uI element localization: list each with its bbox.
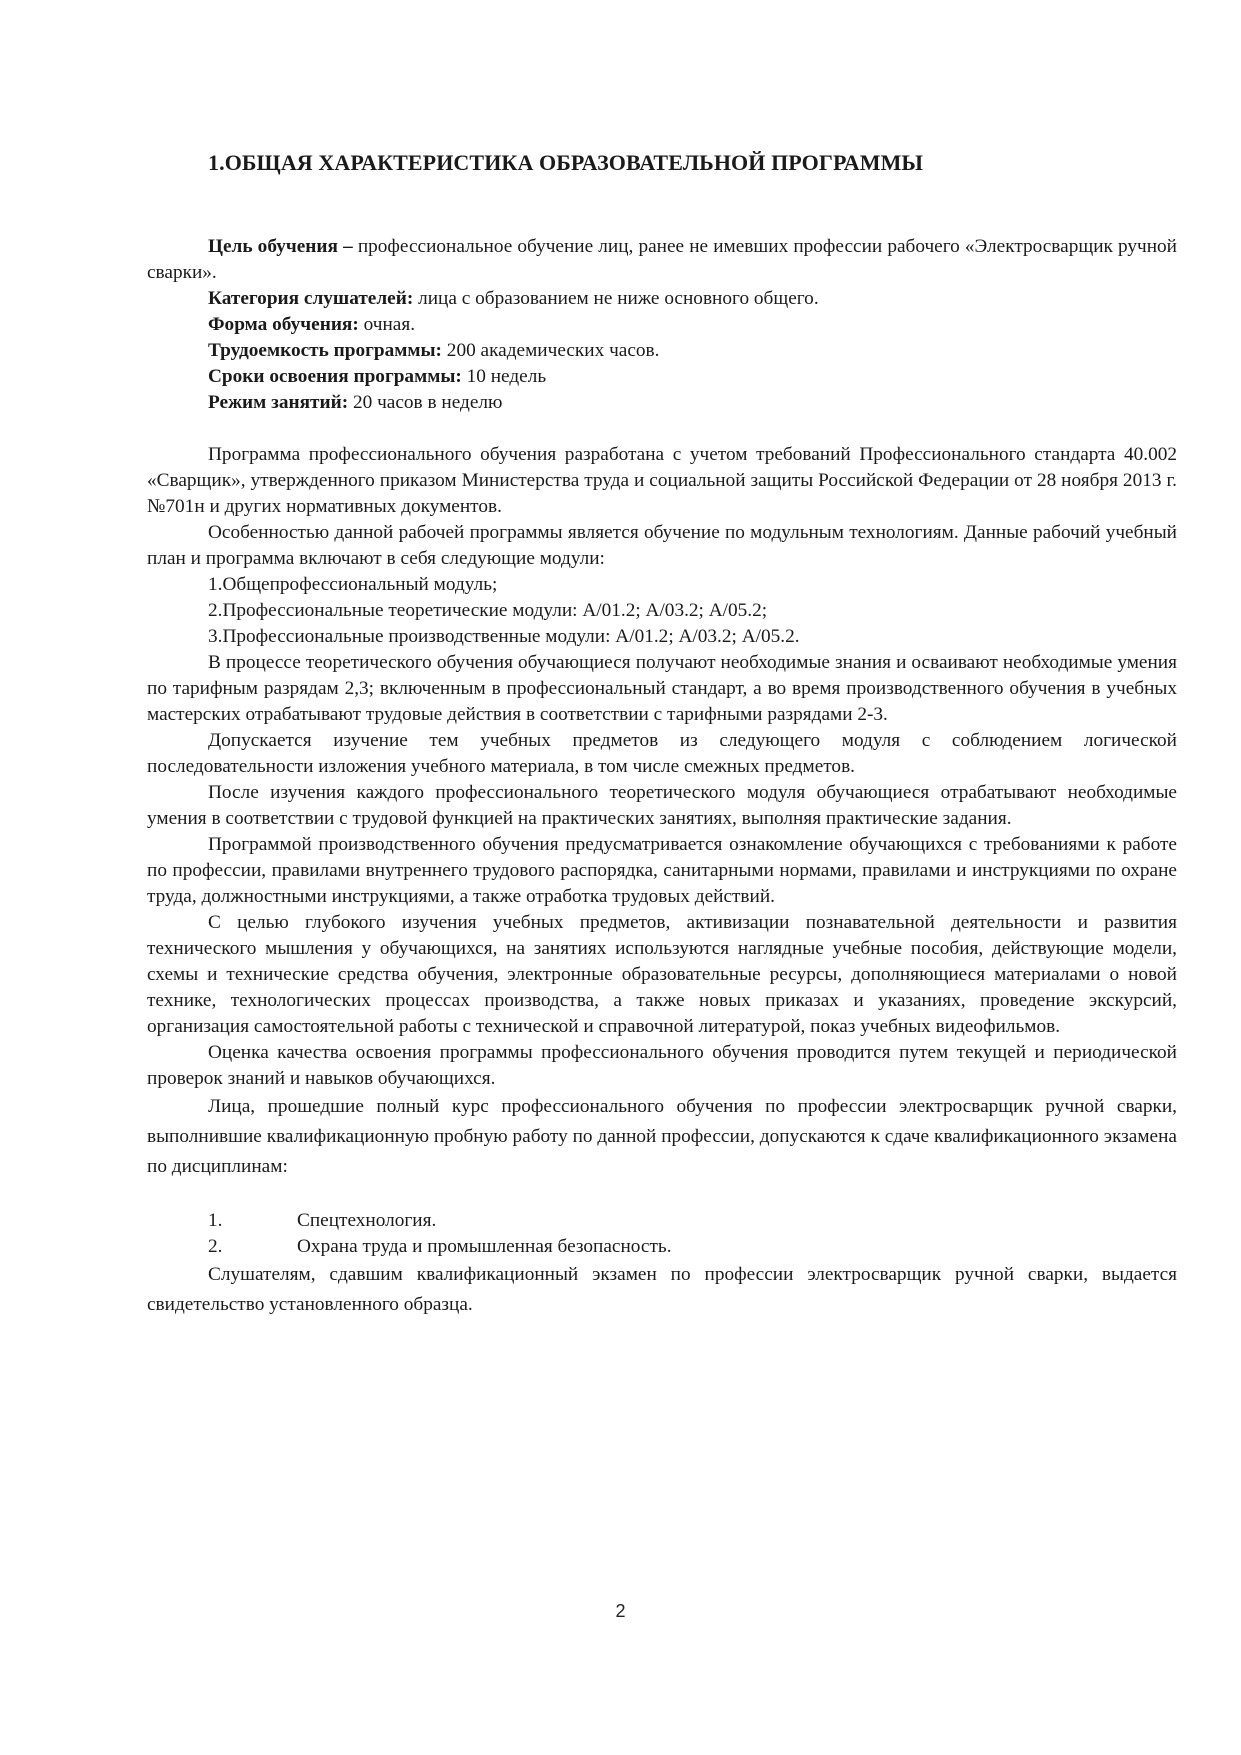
- meta-duration: Сроки освоения программы: 10 недель: [147, 364, 1177, 390]
- exam-subject-item: 2. Охрана труда и промышленная безопасно…: [208, 1234, 1177, 1260]
- paragraph-modules-intro: Особенностью данной рабочей программы яв…: [147, 520, 1177, 572]
- list-number: 1.: [208, 1208, 297, 1234]
- document-page: 1.ОБЩАЯ ХАРАКТЕРИСТИКА ОБРАЗОВАТЕЛЬНОЙ П…: [0, 0, 1241, 1755]
- paragraph-methods: С целью глубокого изучения учебных предм…: [147, 910, 1177, 1040]
- list-text: Спецтехнология.: [297, 1208, 436, 1234]
- meta-hours: Трудоемкость программы: 200 академически…: [147, 338, 1177, 364]
- paragraph-closing: Слушателям, сдавшим квалификационный экз…: [147, 1260, 1177, 1320]
- meta-label: Сроки освоения программы:: [208, 366, 462, 387]
- paragraph-sequence: Допускается изучение тем учебных предмет…: [147, 728, 1177, 780]
- paragraph-production: Программой производственного обучения пр…: [147, 832, 1177, 910]
- list-text: Охрана труда и промышленная безопасность…: [297, 1234, 672, 1260]
- goal-paragraph: Цель обучения – профессиональное обучени…: [147, 234, 1177, 286]
- meta-label: Трудоемкость программы:: [208, 340, 442, 361]
- meta-category: Категория слушателей: лица с образование…: [147, 286, 1177, 312]
- section-title: 1.ОБЩАЯ ХАРАКТЕРИСТИКА ОБРАЗОВАТЕЛЬНОЙ П…: [208, 150, 923, 176]
- paragraph-theory: В процессе теоретического обучения обуча…: [147, 650, 1177, 728]
- paragraph-standard: Программа профессионального обучения раз…: [147, 442, 1177, 520]
- meta-value: 20 часов в неделю: [348, 392, 502, 413]
- meta-value: 10 недель: [462, 366, 546, 387]
- meta-value: очная.: [359, 314, 415, 335]
- goal-label: Цель обучения –: [208, 236, 353, 257]
- meta-form: Форма обучения: очная.: [147, 312, 1177, 338]
- document-body: Цель обучения – профессиональное обучени…: [147, 234, 1177, 1320]
- module-item: 3.Профессиональные производственные моду…: [147, 624, 1177, 650]
- meta-value: лица с образованием не ниже основного об…: [413, 288, 818, 309]
- paragraph-practice: После изучения каждого профессионального…: [147, 780, 1177, 832]
- meta-label: Категория слушателей:: [208, 288, 413, 309]
- exam-subject-list: 1. Спецтехнология. 2. Охрана труда и про…: [147, 1208, 1177, 1260]
- meta-schedule: Режим занятий: 20 часов в неделю: [147, 390, 1177, 416]
- spacer: [147, 416, 1177, 442]
- meta-label: Форма обучения:: [208, 314, 359, 335]
- spacer: [147, 1182, 1177, 1208]
- paragraph-assessment: Оценка качества освоения программы профе…: [147, 1040, 1177, 1092]
- module-item: 2.Профессиональные теоретические модули:…: [147, 598, 1177, 624]
- meta-label: Режим занятий:: [208, 392, 348, 413]
- meta-value: 200 академических часов.: [442, 340, 659, 361]
- list-number: 2.: [208, 1234, 297, 1260]
- paragraph-exam-intro: Лица, прошедшие полный курс профессионал…: [147, 1092, 1177, 1182]
- module-item: 1.Общепрофессиональный модуль;: [147, 572, 1177, 598]
- page-number: 2: [0, 1601, 1241, 1622]
- exam-subject-item: 1. Спецтехнология.: [208, 1208, 1177, 1234]
